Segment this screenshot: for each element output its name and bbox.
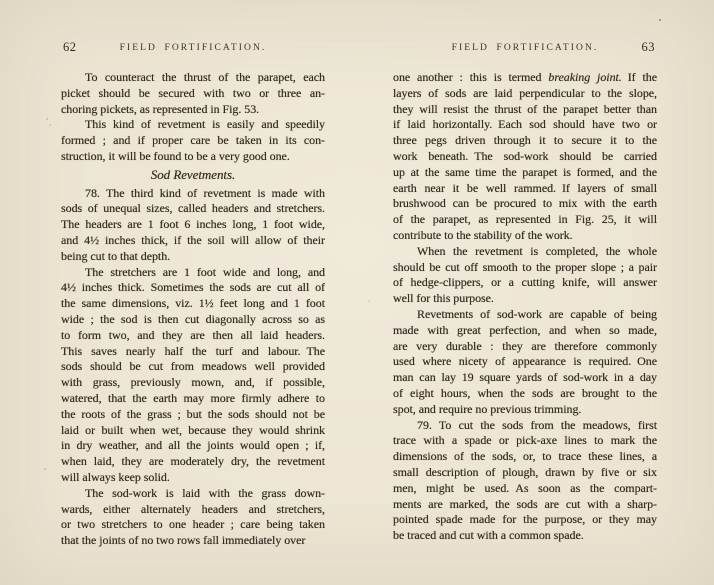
text-line: pointed spade made for the purpose, or t…	[393, 512, 657, 528]
text-line: being cut to that depth.	[61, 249, 325, 265]
text-line: The headers are 1 foot 6 inches long, 1 …	[61, 217, 325, 233]
text-line: with grass, previously mown, and, if pos…	[61, 375, 325, 391]
text-line: sods of unequal sizes, called headers an…	[61, 201, 325, 217]
section-heading: Sod Revetments.	[61, 167, 325, 183]
text-line: are very durable : they are therefore co…	[393, 339, 657, 355]
left-page-body: To counteract the thrust of the parapet,…	[61, 70, 325, 549]
text-line: The sod-work is laid with the grass down…	[61, 486, 325, 502]
text-line: the roots of the grass ; but the sods sh…	[61, 407, 325, 423]
right-running-title: FIELD FORTIFICATION.	[393, 43, 657, 53]
text-line: earth near it be well rammed. If layers …	[393, 181, 657, 197]
text-line: 78. The third kind of revetment is made …	[61, 186, 325, 202]
left-running-head: 62 FIELD FORTIFICATION.	[61, 40, 325, 55]
text-line: to form two, and they are then all laid …	[61, 328, 325, 344]
text-line: made with great perfection, and when so …	[393, 323, 657, 339]
scan-speck	[368, 300, 370, 302]
text-line: 4½ inches thick. Sometimes the sods are …	[61, 280, 325, 296]
text-line: be traced and cut with a common spade.	[393, 528, 657, 544]
text-line: well for this purpose.	[393, 291, 657, 307]
left-running-title: FIELD FORTIFICATION.	[61, 43, 325, 53]
text-line: formed ; and if proper care be taken in …	[61, 133, 325, 149]
text-line: man can lay 19 square yards of sod-work …	[393, 370, 657, 386]
text-line: layers of sods are laid perpendicular to…	[393, 86, 657, 102]
text-line: in dry weather, and all the joints would…	[61, 438, 325, 454]
paragraph: 79. To cut the sods from the meadows, fi…	[393, 418, 657, 544]
text-line: watered, that the earth may more firmly …	[61, 391, 325, 407]
left-page: 62 FIELD FORTIFICATION. To counteract th…	[61, 40, 325, 549]
text-line: when laid, they are moderately dry, the …	[61, 454, 325, 470]
text-line: picket should be secured with two or thr…	[61, 86, 325, 102]
right-page-body: one another : this is termed breaking jo…	[393, 70, 657, 544]
right-page-number: 63	[642, 40, 656, 55]
scan-speck	[46, 118, 48, 120]
book-spread: { "paper_color": "#ece5d3", "ink_color":…	[0, 0, 714, 585]
text-line: 79. To cut the sods from the meadows, fi…	[393, 418, 657, 434]
text-line: of the parapet, as represented in Fig. 2…	[393, 212, 657, 228]
text-line: The stretchers are 1 foot wide and long,…	[61, 265, 325, 281]
paragraph: The sod-work is laid with the grass down…	[61, 486, 325, 549]
text-line: contribute to the stability of the work.	[393, 228, 657, 244]
text-line: This kind of revetment is easily and spe…	[61, 117, 325, 133]
text-line: of eight hours, when the sods are brough…	[393, 386, 657, 402]
text-line: three pegs driven through it to secure i…	[393, 133, 657, 149]
paragraph: This kind of revetment is easily and spe…	[61, 117, 325, 164]
text-line: and 4½ inches thick, if the soil will al…	[61, 233, 325, 249]
text-line: men, might be used. As soon as the compa…	[393, 481, 657, 497]
text-line: brushwood can be procured to mix with th…	[393, 196, 657, 212]
right-page: FIELD FORTIFICATION. 63 one another : th…	[393, 40, 657, 544]
text-line: choring pickets, as represented in Fig. …	[61, 102, 325, 118]
paragraph: Revetments of sod-work are capable of be…	[393, 307, 657, 418]
text-line: one another : this is termed breaking jo…	[393, 70, 657, 86]
text-line: they will resist the thrust of the parap…	[393, 102, 657, 118]
text-line: used where nicety of appearance is requi…	[393, 354, 657, 370]
paragraph: The stretchers are 1 foot wide and long,…	[61, 265, 325, 486]
text-line: struction, it will be found to be a very…	[61, 149, 325, 165]
paragraph: 78. The third kind of revetment is made …	[61, 186, 325, 265]
text-line: When the revetment is completed, the who…	[393, 244, 657, 260]
text-line: sods should be cut from meadows well pro…	[61, 359, 325, 375]
text-line: the same dimensions, viz. 1½ feet long a…	[61, 296, 325, 312]
text-line: that the joints of no two rows fall imme…	[61, 533, 325, 549]
scan-speck	[44, 468, 46, 470]
text-line: dimensions of the sods, or, to trace the…	[393, 449, 657, 465]
text-line: should be cut off smooth to the proper s…	[393, 260, 657, 276]
text-line: ments are marked, the sods are cut with …	[393, 497, 657, 513]
right-running-head: FIELD FORTIFICATION. 63	[393, 40, 657, 55]
text-line: work beneath. The sod-work should be car…	[393, 149, 657, 165]
text-line: trace with a spade or pick-axe lines to …	[393, 433, 657, 449]
text-line: wide ; the sod is then cut diagonally ac…	[61, 312, 325, 328]
scan-speck	[49, 124, 51, 126]
paragraph: When the revetment is completed, the who…	[393, 244, 657, 307]
paragraph: To counteract the thrust of the parapet,…	[61, 70, 325, 117]
paragraph: one another : this is termed breaking jo…	[393, 70, 657, 244]
text-line: up at the same time the parapet is forme…	[393, 165, 657, 181]
text-line: laid or built when wet, because they wou…	[61, 423, 325, 439]
scan-speck	[659, 19, 661, 21]
text-line: if laid horizontally. Each sod should ha…	[393, 117, 657, 133]
text-line: To counteract the thrust of the parapet,…	[61, 70, 325, 86]
text-line: of hedge-clippers, or a cutting knife, w…	[393, 275, 657, 291]
text-line: or two stretchers to one header ; care b…	[61, 517, 325, 533]
text-line: Revetments of sod-work are capable of be…	[393, 307, 657, 323]
text-line: wards, either alternately headers and st…	[61, 502, 325, 518]
text-line: spot, and require no previous trimming.	[393, 402, 657, 418]
text-line: This saves nearly half the turf and labo…	[61, 344, 325, 360]
text-line: will always keep solid.	[61, 470, 325, 486]
text-line: small description of plough, drawn by fi…	[393, 465, 657, 481]
